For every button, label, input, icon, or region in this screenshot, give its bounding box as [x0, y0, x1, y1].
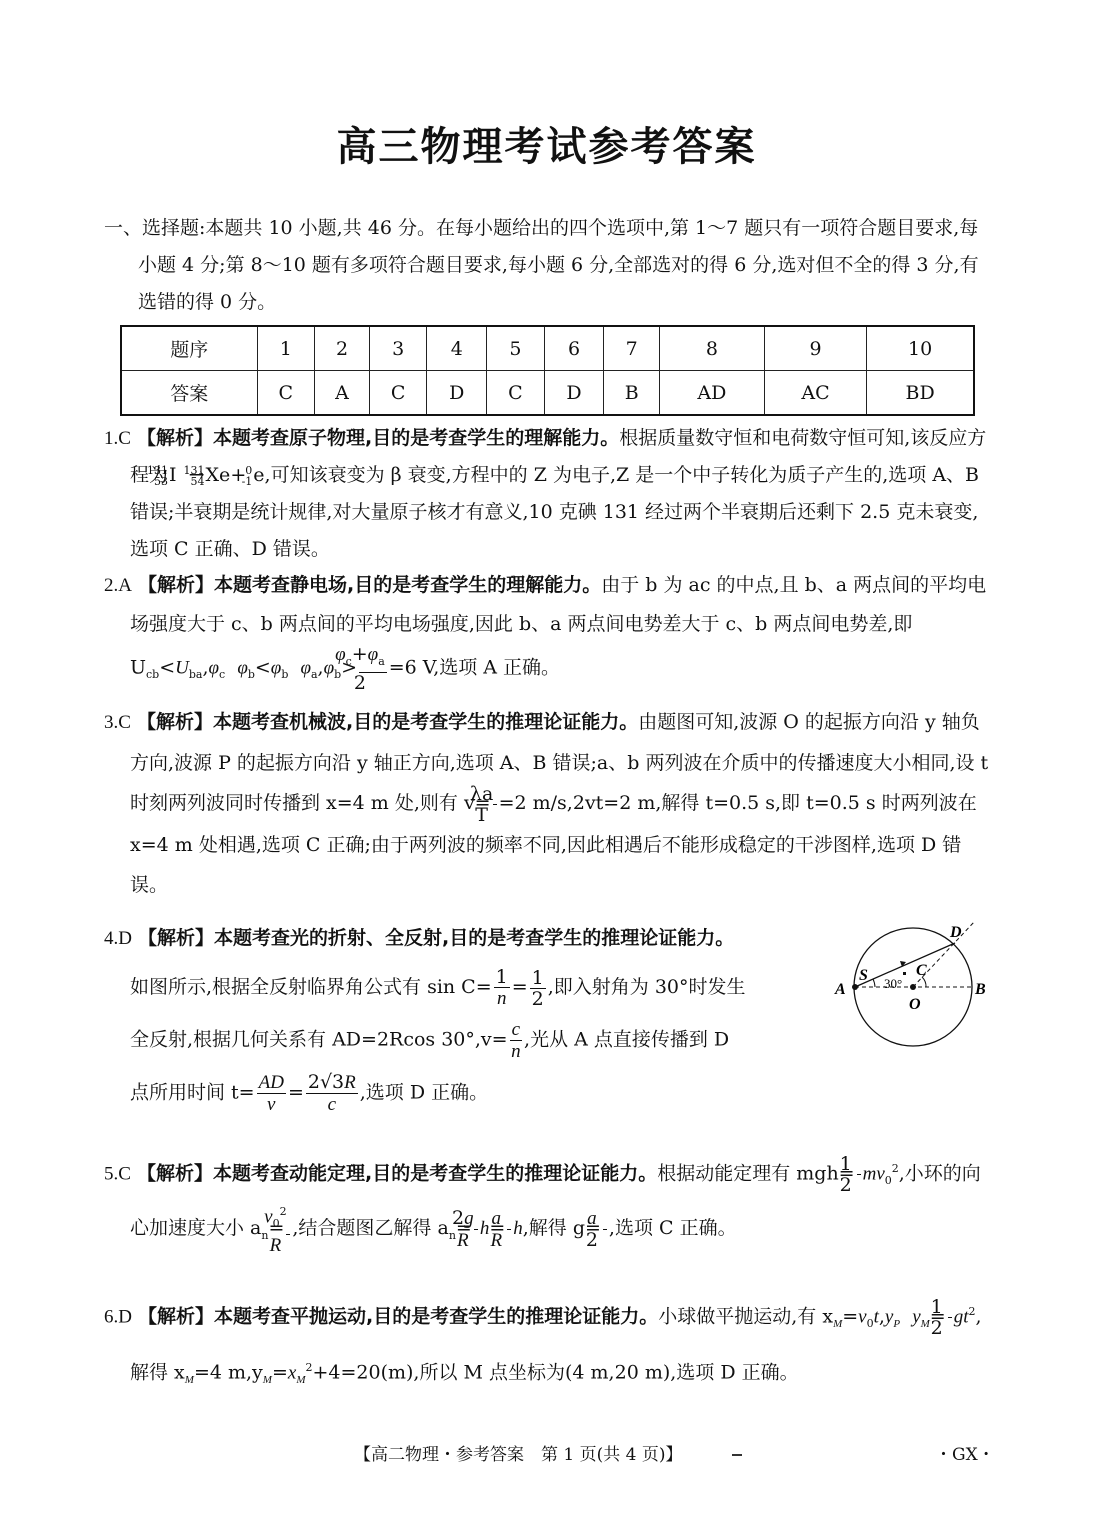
explanation-text: 根据动能定理有 mgh=	[657, 1162, 854, 1184]
label-O: O	[909, 996, 921, 1013]
question-2: 2.A 【解析】本题考查静电场,目的是考查学生的理解能力。由于 b 为 ac 的…	[104, 566, 994, 694]
table-cell: BD	[867, 371, 974, 416]
table-row-answers: 答案 C A C D C D B AD AC BD	[121, 371, 974, 416]
question-6: 6.D 【解析】本题考查平抛运动,目的是考查学生的推理论证能力。小球做平抛运动,…	[104, 1290, 994, 1402]
section-instructions: 一、选择题:本题共 10 小题,共 46 分。在每小题给出的四个选项中,第 1～…	[104, 210, 994, 321]
nuclide-symbol: e	[253, 464, 264, 486]
table-cell: D	[544, 371, 604, 416]
label-B: B	[974, 981, 986, 998]
fraction: 12	[530, 968, 546, 1009]
table-cell: 7	[604, 326, 660, 371]
fraction: 1n	[494, 967, 510, 1009]
label-C: C	[916, 962, 927, 979]
explanation-text: ,选项 A 正确。	[433, 656, 560, 678]
fraction: λaT	[493, 784, 497, 825]
table-cell: 2	[315, 326, 370, 371]
analysis-tag: 【解析】本题考查原子物理,目的是考查学生的理解能力。	[137, 427, 619, 449]
analysis-tag: 【解析】本题考查静电场,目的是考查学生的理解能力。	[138, 574, 601, 596]
question-number: 5.C	[104, 1163, 131, 1184]
explanation-text: ,即入射角为 30°时发生	[548, 976, 746, 998]
table-cell: 8	[660, 326, 765, 371]
question-4: 4.D 【解析】本题考查光的折射、全反射,目的是考查学生的推理论证能力。 如图所…	[104, 918, 824, 1115]
page-title: 高三物理考试参考答案	[0, 115, 1093, 172]
question-number: 1.C	[104, 428, 131, 449]
analysis-tag: 【解析】本题考查动能定理,目的是考查学生的推理论证能力。	[137, 1162, 657, 1184]
label-S: S	[859, 967, 868, 984]
fraction: 12	[857, 1154, 861, 1195]
table-cell: AD	[660, 371, 765, 416]
result-text: =6 V	[389, 656, 433, 678]
explanation-text: ,选项 D 正确。	[360, 1082, 488, 1104]
fraction: a2	[603, 1208, 607, 1250]
table-cell: 5	[487, 326, 545, 371]
explanation-text: +4=20(m),所以 M 点坐标为(4 m,20 m),选项 D 正确。	[312, 1361, 798, 1383]
fraction: ADv	[257, 1072, 286, 1115]
analysis-tag: 【解析】本题考查平抛运动,目的是考查学生的推理论证能力。	[138, 1305, 658, 1327]
analysis-tag: 【解析】本题考查光的折射、全反射,目的是考查学生的推理论证能力。	[138, 927, 734, 949]
label-angle: 30°	[884, 976, 902, 991]
table-cell: D	[427, 371, 487, 416]
table-cell: B	[604, 371, 660, 416]
footer-page-info: 【高二物理・参考答案 第 1 页(共 4 页)】	[354, 1440, 683, 1465]
table-cell: 10	[867, 326, 974, 371]
table-row-numbers: 题序 1 2 3 4 5 6 7 8 9 10	[121, 326, 974, 371]
explanation-text: ,选项 C 正确。	[609, 1217, 737, 1239]
question-number: 4.D	[104, 928, 132, 949]
table-cell: 6	[544, 326, 604, 371]
label-A: A	[834, 981, 846, 998]
explanation-text: 点所用时间 t=	[130, 1082, 255, 1104]
question-5: 5.C 【解析】本题考查动能定理,目的是考查学生的推理论证能力。根据动能定理有 …	[104, 1148, 994, 1257]
explanation-text: ,结合题图乙解得 a	[292, 1217, 448, 1239]
question-3: 3.C 【解析】本题考查机械波,目的是考查学生的推理论证能力。由题图可知,波源 …	[104, 702, 994, 905]
nuclide-symbol: I	[169, 464, 177, 486]
fraction: 12	[948, 1297, 952, 1338]
explanation-text: 全反射,根据几何关系有 AD=2Rcos 30°,v=	[130, 1029, 508, 1051]
answer-table: 题序 1 2 3 4 5 6 7 8 9 10 答案 C A C D C D B…	[120, 325, 975, 416]
fraction: 2√3Rc	[306, 1072, 358, 1115]
nuclide-symbol: Xe	[206, 464, 231, 486]
explanation-text: 小球做平抛运动,有 x	[658, 1305, 833, 1327]
section-heading: 一、选择题:本题共 10 小题,共 46 分。在每小题给出的四个选项中,第 1～…	[104, 210, 994, 321]
table-cell: C	[369, 371, 427, 416]
optics-circle-diagram: A B C D O S 30°	[830, 915, 1000, 1055]
table-cell: 1	[257, 326, 315, 371]
circle-diagram-icon: A B C D O S 30°	[830, 915, 1000, 1055]
question-number: 3.C	[104, 712, 131, 733]
question-number: 2.A	[104, 575, 132, 596]
fraction: cn	[510, 1019, 522, 1062]
explanation-text: 如图所示,根据全反射临界角公式有 sin C=	[130, 976, 492, 998]
table-cell: AC	[764, 371, 866, 416]
explanation-text: ,光从 A 点直接传播到 D	[524, 1029, 729, 1051]
row-header: 题序	[121, 326, 257, 371]
label-D: D	[949, 924, 962, 941]
table-cell: C	[257, 371, 315, 416]
question-1: 1.C 【解析】本题考查原子物理,目的是考查学生的理解能力。根据质量数守恒和电荷…	[104, 420, 994, 568]
analysis-tag: 【解析】本题考查机械波,目的是考查学生的推理论证能力。	[137, 711, 638, 733]
question-number: 6.D	[104, 1306, 132, 1327]
table-cell: 4	[427, 326, 487, 371]
explanation-text: =4 m,y	[194, 1361, 263, 1383]
table-cell: C	[487, 371, 545, 416]
fraction: v02R	[286, 1202, 290, 1256]
fraction: φc+φa2	[359, 644, 387, 693]
fraction: aR	[507, 1208, 511, 1251]
table-cell: 9	[764, 326, 866, 371]
fraction: 2gR	[474, 1208, 478, 1251]
table-cell: A	[315, 371, 370, 416]
table-cell: 3	[369, 326, 427, 371]
row-header: 答案	[121, 371, 257, 416]
footer-code: ・GX・	[935, 1440, 995, 1465]
footer-mark	[732, 1454, 742, 1456]
